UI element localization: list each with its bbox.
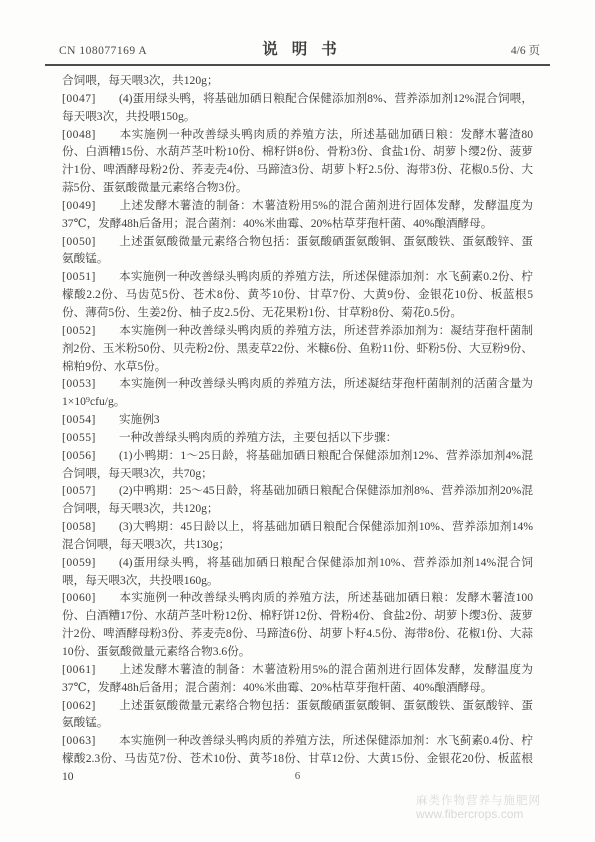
- paragraph: [0062]上述蛋氨酸微量元素络合物包括：蛋氨酸硒蛋氨酸铜、蛋氨酸铁、蛋氨酸锌、…: [62, 697, 533, 733]
- paragraph: [0059](4)蛋用绿头鸭，将基础加硒日粮配合保健添加剂10%、营养添加剂14…: [62, 554, 533, 590]
- page-header: CN 108077169 A 说明书 4/6 页: [45, 37, 550, 66]
- paragraph: [0051]本实施例一种改善绿头鸭肉质的养殖方法，所述保健添加剂：水飞蓟素0.2…: [62, 268, 533, 322]
- paragraph-text: 合饲喂，每天喂3次，共120g；: [62, 74, 219, 87]
- page-indicator: 4/6 页: [511, 42, 540, 58]
- paragraph-number: [0061]: [62, 661, 119, 679]
- paragraph-number: [0049]: [62, 197, 119, 215]
- paragraph-number: [0047]: [62, 90, 119, 108]
- paragraph: [0055]一种改善绿头鸭肉质的养殖方法，主要包括以下步骤：: [62, 429, 533, 447]
- paragraph: 合饲喂，每天喂3次，共120g；: [62, 72, 533, 90]
- paragraph: [0052]本实施例一种改善绿头鸭肉质的养殖方法，所述营养添加剂为：凝结芽孢杆菌…: [62, 322, 533, 376]
- paragraph-number: [0048]: [62, 126, 119, 144]
- paragraph: [0058](3)大鸭期：45日龄以上，将基础加硒日粮配合保健添加剂10%、营养…: [62, 518, 533, 554]
- paragraph-text: 上述发酵木薯渣的制备：木薯渣粉用5%的混合菌剂进行固体发酵，发酵温度为37℃，发…: [62, 663, 533, 694]
- paragraph-number: [0060]: [62, 589, 119, 607]
- paragraph-text: 上述发酵木薯渣的制备：木薯渣粉用5%的混合菌剂进行固体发酵，发酵温度为37℃，发…: [62, 199, 533, 230]
- paragraph-number: [0056]: [62, 447, 119, 465]
- paragraph-number: [0053]: [62, 375, 119, 393]
- paragraph: [0054]实施例3: [62, 411, 533, 429]
- body-text: 合饲喂，每天喂3次，共120g； [0047](4)蛋用绿头鸭，将基础加硒日粮配…: [62, 72, 533, 786]
- paragraph-text: 本实施例一种改善绿头鸭肉质的养殖方法，所述基础加硒日粮：发酵木薯渣80份、白酒糟…: [62, 128, 533, 195]
- paragraph-text: (1)小鸭期：1～25日龄，将基础加硒日粮配合保健添加剂12%、营养添加剂4%混…: [62, 449, 533, 480]
- paragraph: [0061]上述发酵木薯渣的制备：木薯渣粉用5%的混合菌剂进行固体发酵，发酵温度…: [62, 661, 533, 697]
- paragraph: [0049]上述发酵木薯渣的制备：木薯渣粉用5%的混合菌剂进行固体发酵，发酵温度…: [62, 197, 533, 233]
- paragraph-text: 一种改善绿头鸭肉质的养殖方法，主要包括以下步骤：: [119, 431, 397, 444]
- paragraph-text: 本实施例一种改善绿头鸭肉质的养殖方法，所述营养添加剂为：凝结芽孢杆菌制剂2份、玉…: [62, 324, 533, 373]
- paragraph-number: [0054]: [62, 411, 119, 429]
- paragraph-text: 本实施例一种改善绿头鸭肉质的养殖方法，所述保健添加剂：水飞蓟素0.2份、柠檬酸2…: [62, 270, 533, 319]
- paragraph-number: [0063]: [62, 732, 119, 750]
- paragraph-text: 上述蛋氨酸微量元素络合物包括：蛋氨酸硒蛋氨酸铜、蛋氨酸铁、蛋氨酸锌、蛋氨酸锰。: [62, 235, 533, 266]
- paragraph-number: [0062]: [62, 697, 119, 715]
- paragraph-text: (3)大鸭期：45日龄以上，将基础加硒日粮配合保健添加剂10%、营养添加剂14%…: [62, 520, 533, 551]
- paragraph-number: [0050]: [62, 233, 119, 251]
- paragraph-text: 本实施例一种改善绿头鸭肉质的养殖方法，所述凝结芽孢杆菌制剂的活菌含量为1×10⁹…: [62, 377, 533, 408]
- watermark: 麻类作物营养与施肥网 www.fibercrops.com: [416, 795, 541, 821]
- paragraph-text: (4)蛋用绿头鸭，将基础加硒日粮配合保健添加剂10%、营养添加剂14%混合饲喂，…: [62, 556, 533, 587]
- document-title: 说明书: [262, 37, 351, 59]
- paragraph-text: 实施例3: [119, 413, 160, 426]
- paragraph: [0060]本实施例一种改善绿头鸭肉质的养殖方法，所述基础加硒日粮：发酵木薯渣1…: [62, 589, 533, 660]
- watermark-site-url: www.fibercrops.com: [416, 808, 541, 821]
- patent-specification-page: CN 108077169 A 说明书 4/6 页 合饲喂，每天喂3次，共120g…: [0, 0, 595, 842]
- paragraph: [0048]本实施例一种改善绿头鸭肉质的养殖方法，所述基础加硒日粮：发酵木薯渣8…: [62, 126, 533, 197]
- paragraph-number: [0052]: [62, 322, 119, 340]
- page-number: 6: [0, 770, 595, 782]
- paragraph-number: [0058]: [62, 518, 119, 536]
- paragraph-text: (4)蛋用绿头鸭，将基础加硒日粮配合保健添加剂8%、营养添加剂12%混合饲喂，每…: [62, 92, 533, 123]
- paragraph-text: 上述蛋氨酸微量元素络合物包括：蛋氨酸硒蛋氨酸铜、蛋氨酸铁、蛋氨酸锌、蛋氨酸锰。: [62, 699, 533, 730]
- paragraph: [0053]本实施例一种改善绿头鸭肉质的养殖方法，所述凝结芽孢杆菌制剂的活菌含量…: [62, 375, 533, 411]
- paragraph-number: [0055]: [62, 429, 119, 447]
- paragraph-text: 本实施例一种改善绿头鸭肉质的养殖方法，所述基础加硒日粮：发酵木薯渣100份、白酒…: [62, 591, 533, 658]
- paragraph-text: (2)中鸭期：25～45日龄，将基础加硒日粮配合保健添加剂8%、营养添加剂20%…: [62, 484, 533, 515]
- paragraph: [0047](4)蛋用绿头鸭，将基础加硒日粮配合保健添加剂8%、营养添加剂12%…: [62, 90, 533, 126]
- paragraph: [0050]上述蛋氨酸微量元素络合物包括：蛋氨酸硒蛋氨酸铜、蛋氨酸铁、蛋氨酸锌、…: [62, 233, 533, 269]
- paragraph-number: [0051]: [62, 268, 119, 286]
- publication-number: CN 108077169 A: [59, 45, 147, 57]
- paragraph: [0056](1)小鸭期：1～25日龄，将基础加硒日粮配合保健添加剂12%、营养…: [62, 447, 533, 483]
- paragraph-number: [0057]: [62, 482, 119, 500]
- paragraph: [0057](2)中鸭期：25～45日龄，将基础加硒日粮配合保健添加剂8%、营养…: [62, 482, 533, 518]
- paragraph-number: [0059]: [62, 554, 119, 572]
